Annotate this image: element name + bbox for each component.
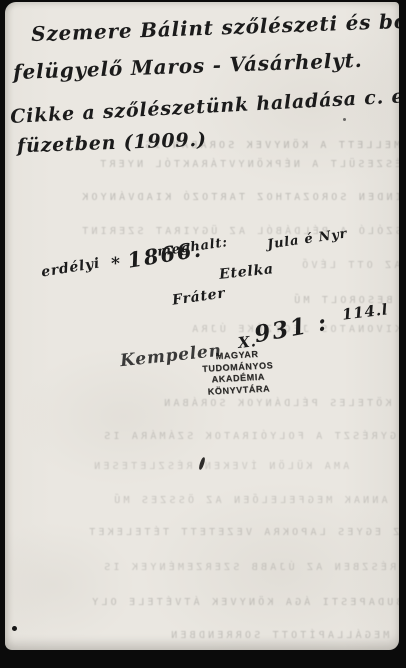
- bleedthrough-line: KÖTELES PÉLDÁNYOK SORÁBAN: [161, 398, 392, 409]
- note-line: Cikke a szőlészetünk haladása c. emlék-: [10, 82, 399, 128]
- bleedthrough-line: RÉSZBEN AZ ÚJABB SZERZEMÉNYEK IS: [101, 562, 396, 573]
- scanned-index-card: MELLETT A KÖNYVEK SORÁBAN IS RÉSZESÜLT A…: [0, 0, 406, 668]
- annotation-given-name: Etelka: [218, 261, 274, 283]
- bleedthrough-line: EGYRÉSZT A FOLYÓIRATOK SZÁMÁRA IS: [101, 431, 399, 442]
- ink-speck: [12, 626, 17, 631]
- annotation-left-word: erdélyi: [40, 255, 101, 280]
- note-line: felügyelő Maros - Vásárhelyt.: [13, 48, 363, 84]
- card-paper: MELLETT A KÖNYVEK SORÁBAN IS RÉSZESÜLT A…: [5, 2, 399, 650]
- bleedthrough-line: AZ OTT LÉVŐ: [299, 260, 399, 271]
- note-line: Szemere Bálint szőlészeti és borászati: [31, 6, 399, 46]
- bleedthrough-line: MINDEN SOROZATHOZ TARTOZÓ KIADVÁNYOK: [79, 192, 399, 203]
- bleedthrough-line: AZ EGYES LAPOKRA VEZETETT TÉTELEKET: [86, 527, 399, 538]
- bleedthrough-line: BUDAPESTI ÁGA KÖNYVEK ÁTVÉTELE OLY: [89, 597, 399, 608]
- bleedthrough-line: AMA KÜLÖN ÍVEKEN RÉSZLETESEN: [91, 461, 349, 472]
- bleedthrough-line: ANNAK MEGFELELŐEN AZ ÖSSZES MŰ: [111, 495, 388, 506]
- ink-speck: [343, 118, 346, 121]
- annotation-family-name: Fráter: [171, 285, 226, 308]
- bleedthrough-line: RÉSZESÜLT A NÉPKÖNYVTÁRAKTÓL NYERT: [97, 159, 399, 170]
- note-line: füzetben (1909.): [17, 129, 207, 158]
- bleedthrough-line: A MEGÁLLAPÍTOTT SORRENDBEN: [168, 630, 399, 641]
- bleedthrough-line: SZÓLÓ A PÉLDÁBÓL AZ ÜGYIRAT SZERINT: [79, 226, 399, 237]
- shelfmark-number: 931 :: [252, 309, 330, 349]
- annotation-asterisk: *: [111, 254, 121, 274]
